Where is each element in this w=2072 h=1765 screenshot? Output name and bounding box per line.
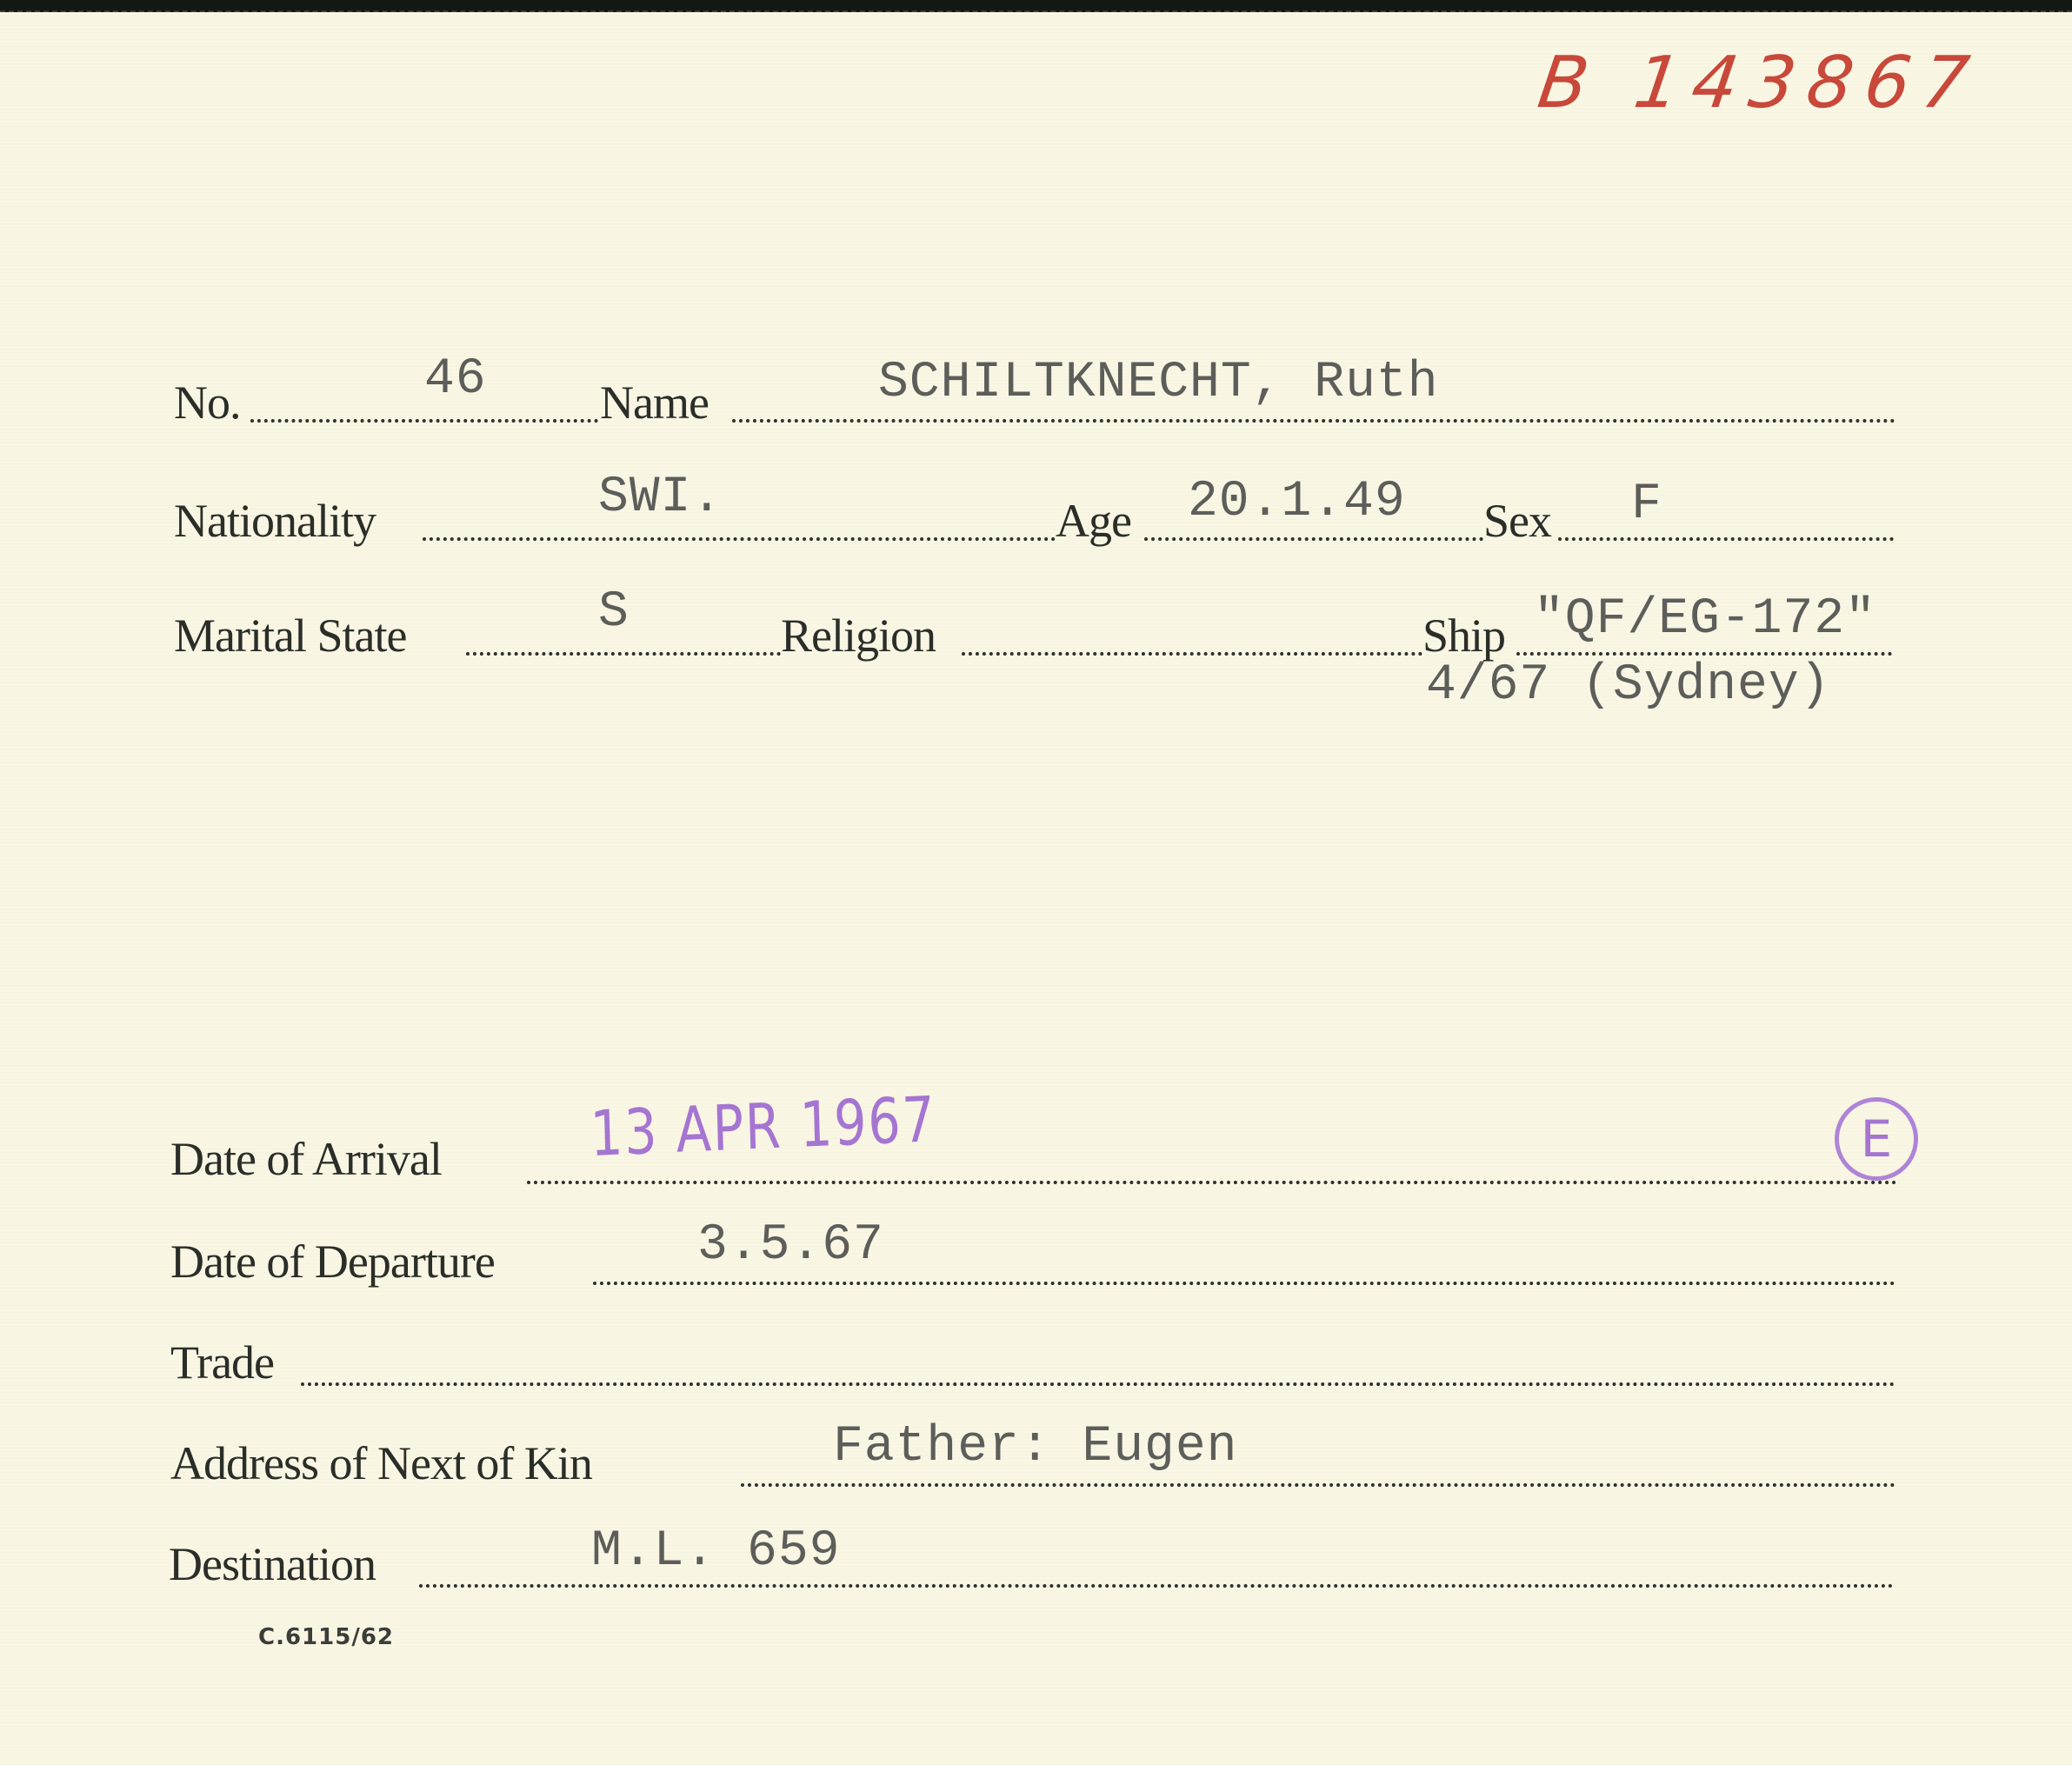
marital-state-value: S — [598, 584, 630, 641]
nationality-value: SWI. — [598, 470, 723, 526]
religion-label: Religion — [781, 609, 936, 663]
age-label: Age — [1056, 494, 1131, 548]
name-value: SCHILTKNECHT, Ruth — [878, 355, 1439, 411]
circle-e-letter: E — [1861, 1109, 1893, 1169]
nationality-label: Nationality — [174, 494, 376, 548]
form-code: C.6115/62 — [258, 1624, 394, 1650]
no-dotted-line — [250, 419, 598, 423]
sex-label: Sex — [1483, 494, 1551, 548]
date-of-departure-value: 3.5.67 — [697, 1217, 884, 1274]
destination-value: M.L. 659 — [591, 1523, 840, 1580]
marital-state-label: Marital State — [174, 609, 406, 663]
date-of-departure-dotted-line — [593, 1282, 1895, 1285]
name-label: Name — [600, 376, 709, 430]
next-of-kin-dotted-line — [741, 1483, 1895, 1487]
date-of-departure-label: Date of Departure — [170, 1235, 495, 1289]
sex-dotted-line — [1558, 537, 1894, 541]
name-dotted-line — [732, 419, 1895, 423]
circle-e-stamp: E — [1835, 1097, 1918, 1181]
destination-label: Destination — [169, 1537, 376, 1591]
arrival-date-stamp: 13 APR 1967 — [590, 1082, 937, 1170]
ship-value: "QF/EG-172" — [1534, 591, 1876, 648]
destination-dotted-line — [419, 1584, 1894, 1588]
card-top-edge — [0, 0, 2072, 12]
date-of-arrival-label: Date of Arrival — [170, 1132, 442, 1186]
next-of-kin-label: Address of Next of Kin — [170, 1436, 592, 1490]
date-of-arrival-dotted-line — [527, 1181, 1897, 1184]
age-value: 20.1.49 — [1188, 474, 1406, 530]
next-of-kin-value: Father: Eugen — [833, 1419, 1237, 1475]
religion-dotted-line — [962, 652, 1422, 656]
marital-state-dotted-line — [466, 652, 781, 656]
no-value: 46 — [424, 351, 487, 408]
immigration-record-card: B 143867 No. 46 Name SCHILTKNECHT, Ruth … — [0, 0, 2072, 1765]
trade-label: Trade — [170, 1335, 274, 1389]
ship-dotted-line — [1516, 652, 1892, 656]
no-label: No. — [174, 376, 241, 430]
sex-value: F — [1631, 476, 1662, 533]
nationality-dotted-line — [423, 537, 1056, 541]
ship-value-line2: 4/67 (Sydney) — [1426, 657, 1830, 714]
age-dotted-line — [1144, 537, 1483, 541]
ship-label: Ship — [1422, 609, 1505, 663]
trade-dotted-line — [301, 1382, 1895, 1386]
reference-number: B 143867 — [1533, 42, 1986, 124]
